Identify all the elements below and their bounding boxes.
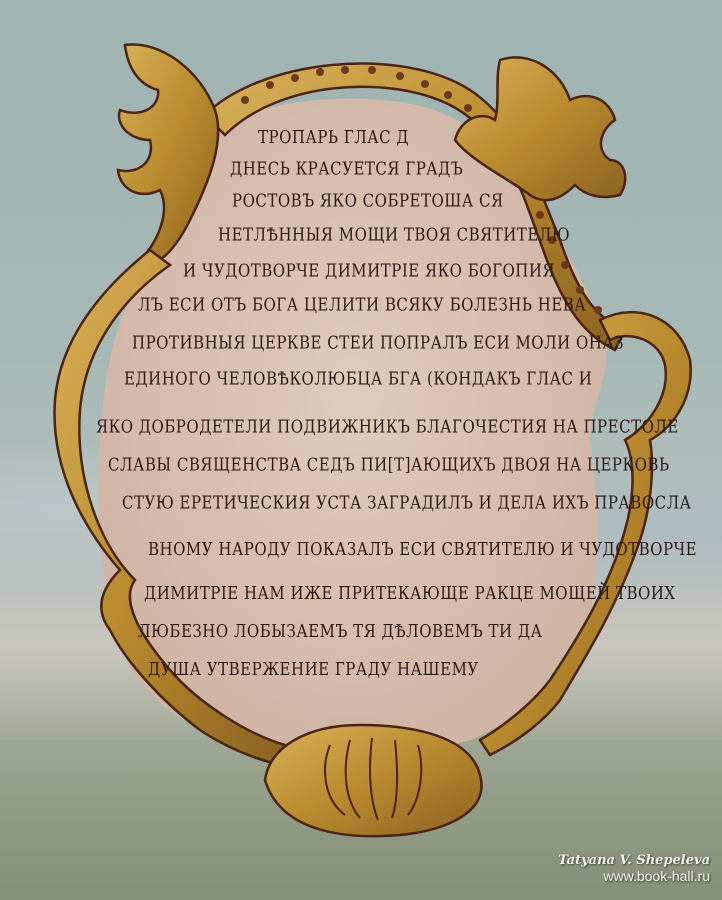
inscription-line: душа утвержение граду нашему [148,659,479,680]
inscription-line: единого человѣколюбца бга (кондакъ глас … [124,369,592,390]
watermark: Tatyana V. Shepeleva www.book-hall.ru [558,853,710,884]
inscription-line: яко добродетели подвижникъ благочестия н… [96,417,679,438]
inscription-line: и чудотворче димитріе яко богопия [183,261,555,282]
watermark-author: Tatyana V. Shepeleva [558,853,710,868]
inscription-line: ростовъ яко собретоша ся [232,191,504,212]
inscription-line: днесь красуется градъ [230,159,463,180]
inscription-line: лъ еси отъ бога целити всяку болезнь нев… [138,295,586,316]
inscription-line: Тропарь глас д [258,127,409,148]
inscription-line: нетлѣнныя мощи твоя святителю [218,225,570,246]
watermark-url: www.book-hall.ru [558,868,710,884]
inscription-line: стую еретическия уста заградилъ и дела и… [122,493,691,514]
inscription-line: димитріе нам иже притекающе ракце мощей … [144,583,676,604]
inscription-line: любезно лобызаемъ тя дѣловемъ ти да [138,621,542,642]
inscription-line: вному народу показалъ еси святителю и чу… [148,539,697,560]
inscription: Тропарь глас д днесь красуется градъ рос… [0,0,722,900]
inscription-line: противныя церкве стеи попралъ еси моли о… [132,333,624,354]
inscription-line: славы священства седъ пи[т]ающихъ двоя н… [108,455,670,476]
